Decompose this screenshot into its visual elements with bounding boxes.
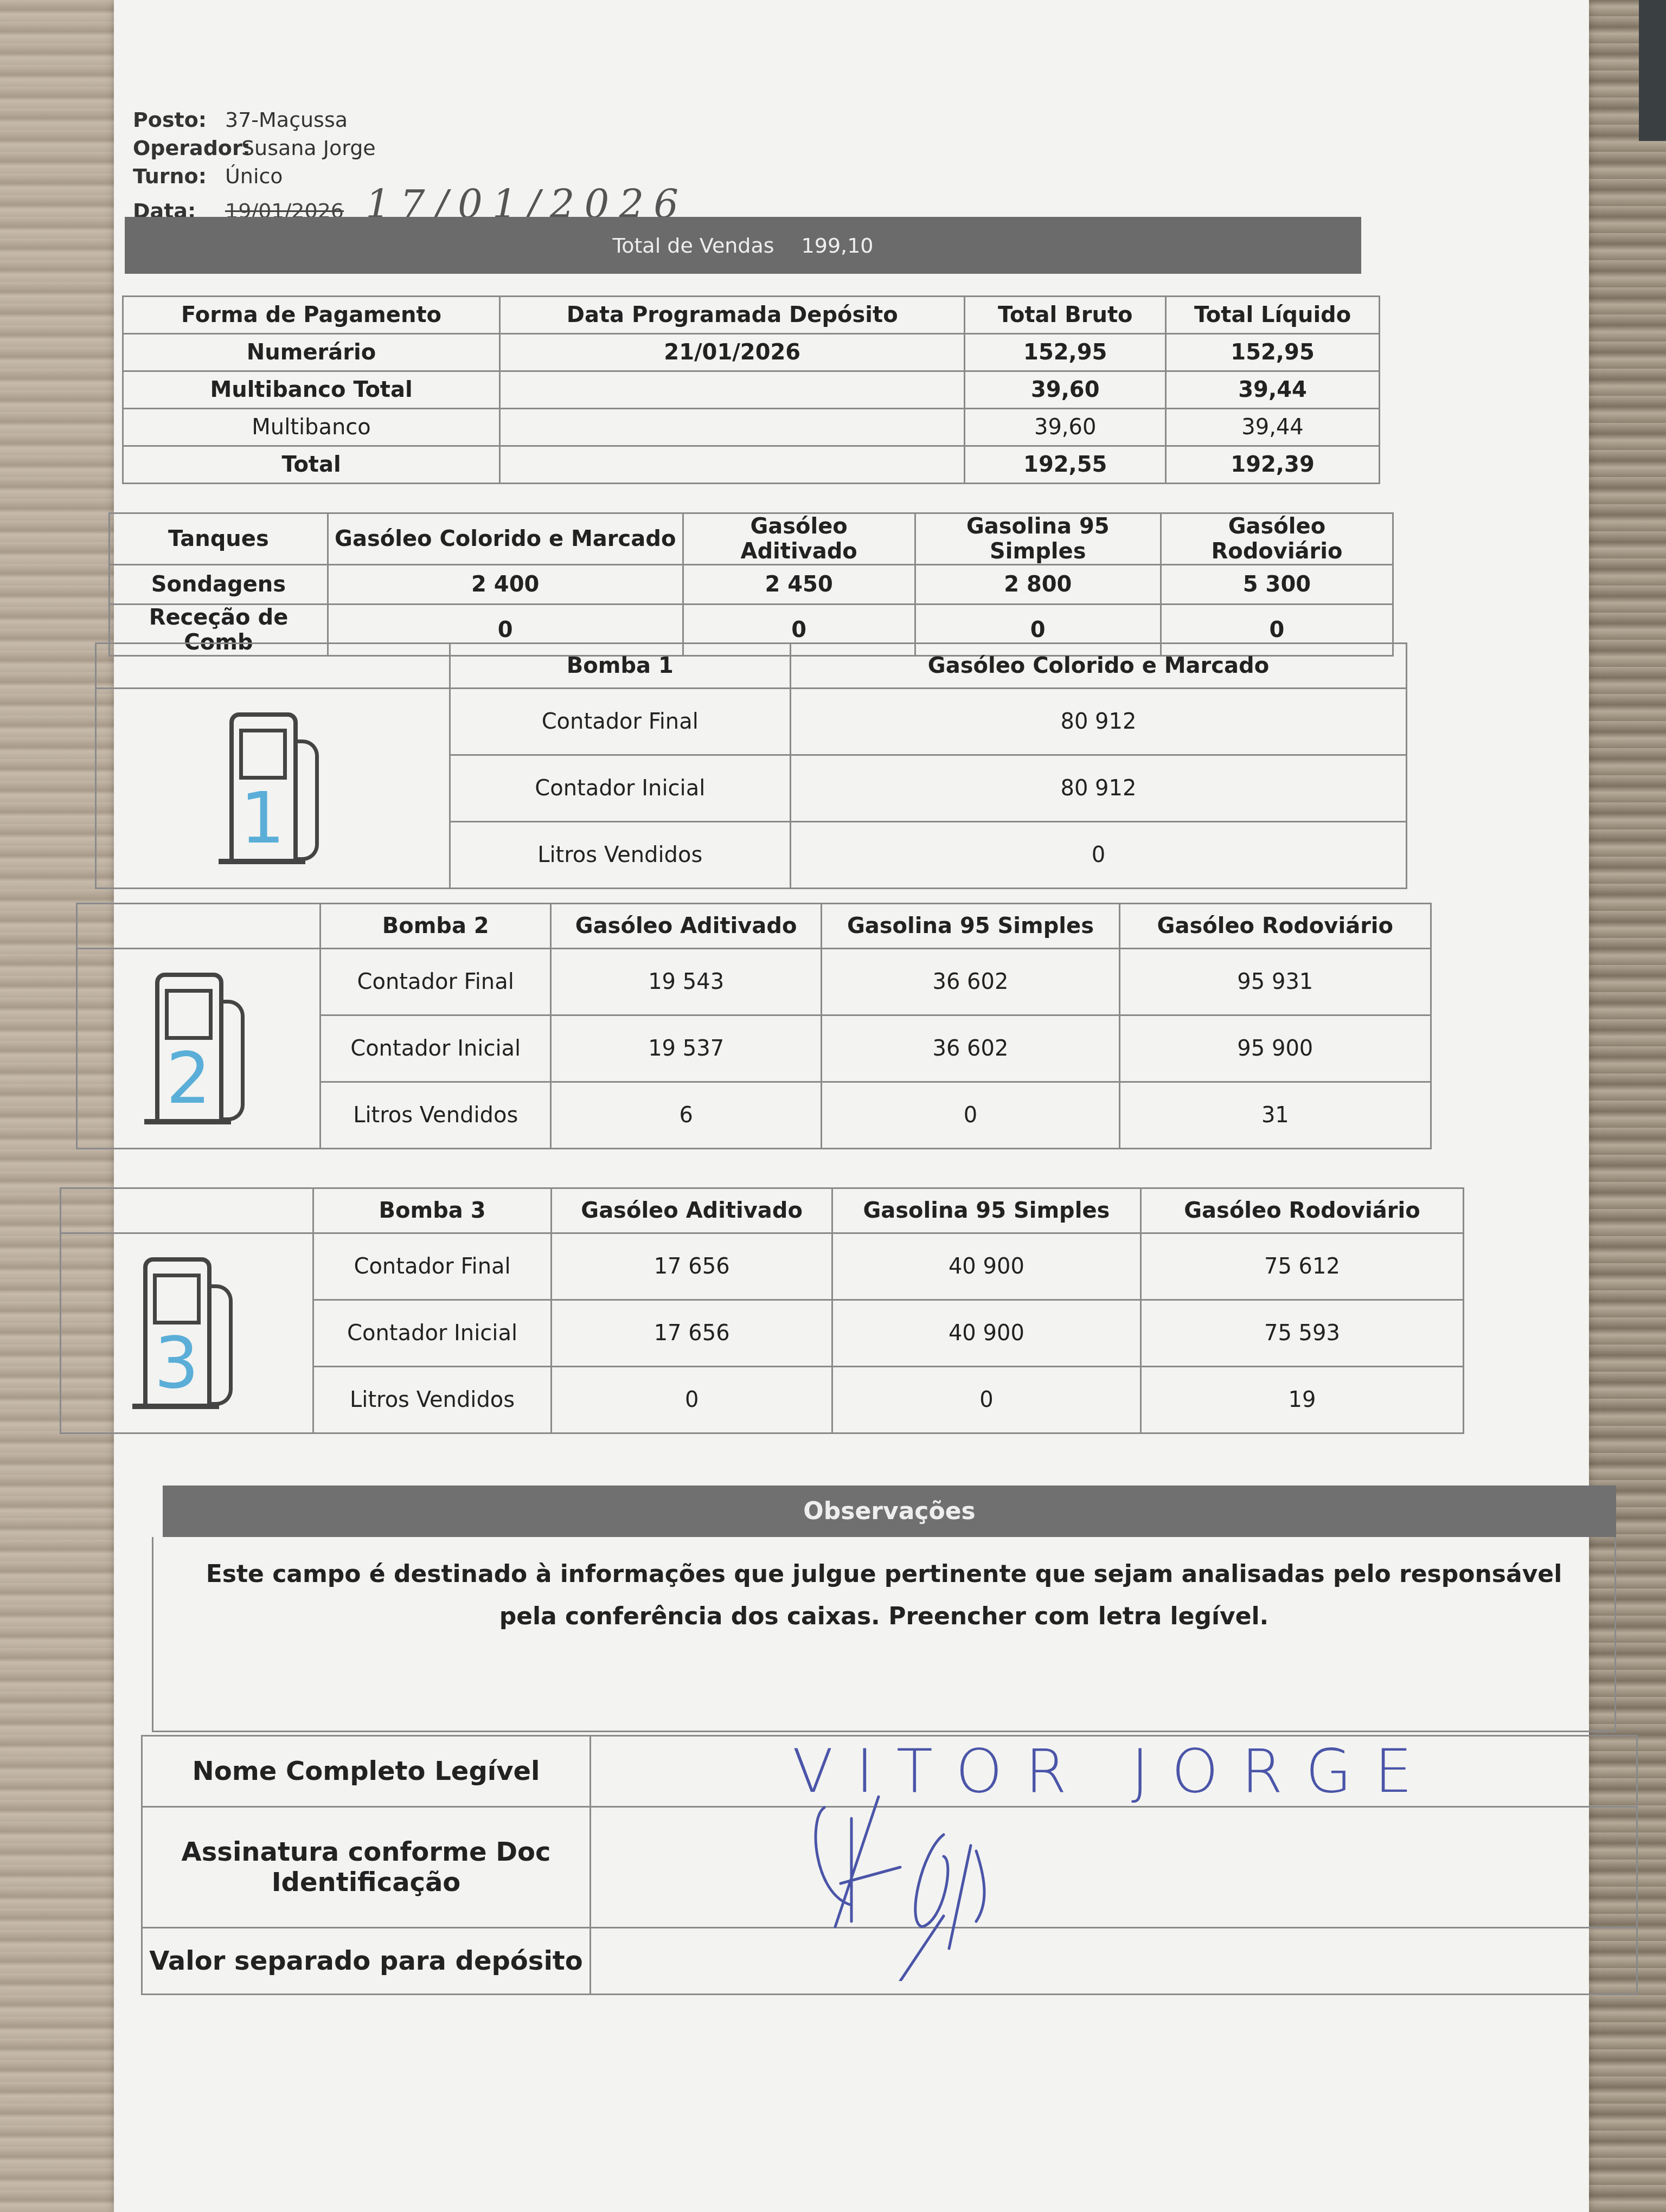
row-label: Sondagens — [110, 565, 328, 605]
pump-name: Bomba 1 — [450, 644, 790, 689]
counter-value: 40 900 — [832, 1300, 1140, 1367]
col-header-fuel: Gasóleo Rodoviário — [1161, 513, 1393, 565]
pump-number: 1 — [240, 783, 284, 853]
liters-value: 6 — [550, 1082, 821, 1149]
tank-value: 2 400 — [328, 565, 683, 605]
total-sales-label: Total de Vendas — [612, 234, 774, 258]
col-header-fuel: Gasolina 95 Simples — [822, 904, 1119, 949]
pump-3-table: Bomba 3 Gasóleo Aditivado Gasolina 95 Si… — [60, 1187, 1464, 1434]
counter-value: 95 931 — [1119, 949, 1431, 1015]
pump-number: 2 — [166, 1043, 209, 1114]
table-row: Multibanco 39,60 39,44 — [123, 409, 1380, 446]
fuel-pump-icon: 1 — [219, 707, 327, 870]
table-row: 3 Contador Final 17 656 40 900 75 612 — [61, 1233, 1464, 1300]
observations-instructions: Este campo é destinado à informações que… — [206, 1560, 1562, 1630]
posto-value: 37-Maçussa — [225, 106, 348, 134]
tanks-table: Tanques Gasóleo Colorido e Marcado Gasól… — [108, 512, 1394, 657]
pump-icon-cell: 3 — [61, 1233, 313, 1433]
col-header-fuel: Gasóleo Aditivado — [550, 904, 821, 949]
row-label: Contador Inicial — [321, 1015, 550, 1082]
counter-value: 17 656 — [552, 1300, 832, 1367]
row-label: Litros Vendidos — [313, 1367, 552, 1433]
col-header-gross: Total Bruto — [965, 297, 1166, 334]
counter-value: 80 912 — [790, 755, 1406, 822]
counter-value: 36 602 — [822, 949, 1119, 1015]
operador-row: Operador: Susana Jorge — [133, 134, 688, 162]
background-dark-object — [1639, 0, 1666, 141]
row-label: Contador Final — [313, 1233, 552, 1300]
liters-value: 0 — [822, 1082, 1119, 1149]
pump-header-row: Bomba 2 Gasóleo Aditivado Gasolina 95 Si… — [77, 904, 1431, 949]
payments-table: Forma de Pagamento Data Programada Depós… — [122, 295, 1380, 484]
col-header-net: Total Líquido — [1166, 297, 1380, 334]
tank-value: 5 300 — [1161, 565, 1393, 605]
table-row: 1 Contador Final 80 912 — [96, 689, 1407, 755]
gross-total: 39,60 — [965, 409, 1166, 446]
observations-field[interactable]: Este campo é destinado à informações que… — [152, 1537, 1616, 1732]
operador-label: Operador: — [133, 134, 241, 162]
full-name-label: Nome Completo Legível — [142, 1736, 591, 1807]
pump-number: 3 — [154, 1328, 197, 1398]
data-handwritten: 17/01/2026 — [366, 190, 688, 218]
table-row: Assinatura conforme Doc Identificação — [142, 1807, 1637, 1928]
icon-header-cell — [96, 644, 450, 689]
col-header-payment-method: Forma de Pagamento — [123, 297, 500, 334]
total-sales-value: 199,10 — [802, 234, 874, 258]
pump-1-table: Bomba 1 Gasóleo Colorido e Marcado 1 Con… — [95, 642, 1407, 889]
payment-method: Total — [123, 446, 500, 484]
col-header-fuel: Gasolina 95 Simples — [832, 1188, 1140, 1233]
table-row: Numerário 21/01/2026 152,95 152,95 — [123, 334, 1380, 371]
payments-header-row: Forma de Pagamento Data Programada Depós… — [123, 297, 1380, 334]
tanks-header-row: Tanques Gasóleo Colorido e Marcado Gasól… — [110, 513, 1393, 565]
fuel-pump-icon: 3 — [132, 1252, 241, 1414]
counter-value: 75 612 — [1140, 1233, 1463, 1300]
deposit-date: 21/01/2026 — [500, 334, 965, 371]
table-row: Total 192,55 192,39 — [123, 446, 1380, 484]
net-total: 152,95 — [1166, 334, 1380, 371]
observations-title-bar: Observações — [163, 1486, 1616, 1537]
counter-value: 80 912 — [790, 689, 1406, 755]
net-total: 39,44 — [1166, 371, 1380, 409]
pump-icon-cell: 1 — [96, 689, 450, 889]
col-header-deposit-date: Data Programada Depósito — [500, 297, 965, 334]
deposit-date — [500, 446, 965, 484]
posto-row: Posto: 37-Maçussa — [133, 106, 688, 134]
row-label: Contador Final — [450, 689, 790, 755]
col-header-fuel: Gasóleo Colorido e Marcado — [328, 513, 683, 565]
pump-name: Bomba 3 — [313, 1188, 552, 1233]
signature-field[interactable] — [591, 1807, 1637, 1928]
pump-name: Bomba 2 — [321, 904, 550, 949]
pump-2-table: Bomba 2 Gasóleo Aditivado Gasolina 95 Si… — [76, 903, 1432, 1149]
turno-value: Único — [225, 162, 283, 190]
row-label: Litros Vendidos — [321, 1082, 550, 1149]
row-label: Contador Final — [321, 949, 550, 1015]
table-row: Sondagens 2 400 2 450 2 800 5 300 — [110, 565, 1393, 605]
observations-title: Observações — [803, 1497, 975, 1525]
gross-total: 152,95 — [965, 334, 1166, 371]
turno-label: Turno: — [133, 162, 225, 190]
counter-value: 17 656 — [552, 1233, 832, 1300]
gross-total: 39,60 — [965, 371, 1166, 409]
liters-value: 0 — [790, 822, 1406, 889]
liters-value: 19 — [1140, 1367, 1463, 1433]
col-header-fuel: Gasóleo Aditivado — [552, 1188, 832, 1233]
posto-label: Posto: — [133, 106, 225, 134]
pump-icon-cell: 2 — [77, 949, 321, 1149]
deposit-amount-label: Valor separado para depósito — [142, 1928, 591, 1995]
payment-method: Multibanco — [123, 409, 500, 446]
counter-value: 19 537 — [550, 1015, 821, 1082]
counter-value: 75 593 — [1140, 1300, 1463, 1367]
icon-header-cell — [61, 1188, 313, 1233]
table-row: Multibanco Total 39,60 39,44 — [123, 371, 1380, 409]
counter-value: 95 900 — [1119, 1015, 1431, 1082]
operador-value: Susana Jorge — [241, 134, 376, 162]
col-header-fuel: Gasolina 95 Simples — [915, 513, 1161, 565]
shift-header-info: Posto: 37-Maçussa Operador: Susana Jorge… — [133, 106, 688, 225]
deposit-date — [500, 409, 965, 446]
icon-header-cell — [77, 904, 321, 949]
col-header-fuel: Gasóleo Aditivado — [683, 513, 915, 565]
signoff-table: Nome Completo Legível VITOR JORGE Assina… — [141, 1735, 1638, 1995]
col-header-fuel: Gasóleo Rodoviário — [1119, 904, 1431, 949]
counter-value: 40 900 — [832, 1233, 1140, 1300]
total-sales-bar: Total de Vendas 199,10 — [125, 217, 1361, 274]
deposit-date — [500, 371, 965, 409]
col-header-fuel: Gasóleo Colorido e Marcado — [790, 644, 1406, 689]
pump-header-row: Bomba 1 Gasóleo Colorido e Marcado — [96, 644, 1407, 689]
liters-value: 0 — [552, 1367, 832, 1433]
row-label: Litros Vendidos — [450, 822, 790, 889]
table-row: 2 Contador Final 19 543 36 602 95 931 — [77, 949, 1431, 1015]
liters-value: 31 — [1119, 1082, 1431, 1149]
net-total: 192,39 — [1166, 446, 1380, 484]
handwritten-signature — [597, 1808, 1631, 1927]
row-label: Contador Inicial — [450, 755, 790, 822]
gross-total: 192,55 — [965, 446, 1166, 484]
counter-value: 19 543 — [550, 949, 821, 1015]
row-label: Contador Inicial — [313, 1300, 552, 1367]
net-total: 39,44 — [1166, 409, 1380, 446]
col-header-fuel: Gasóleo Rodoviário — [1140, 1188, 1463, 1233]
payment-method: Multibanco Total — [123, 371, 500, 409]
col-header-tanks: Tanques — [110, 513, 328, 565]
signature-label: Assinatura conforme Doc Identificação — [142, 1807, 591, 1928]
tank-value: 2 800 — [915, 565, 1161, 605]
pump-header-row: Bomba 3 Gasóleo Aditivado Gasolina 95 Si… — [61, 1188, 1464, 1233]
liters-value: 0 — [832, 1367, 1140, 1433]
signature-icon — [597, 1786, 1085, 1981]
fuel-pump-icon: 2 — [144, 967, 253, 1130]
tank-value: 2 450 — [683, 565, 915, 605]
payment-method: Numerário — [123, 334, 500, 371]
counter-value: 36 602 — [822, 1015, 1119, 1082]
